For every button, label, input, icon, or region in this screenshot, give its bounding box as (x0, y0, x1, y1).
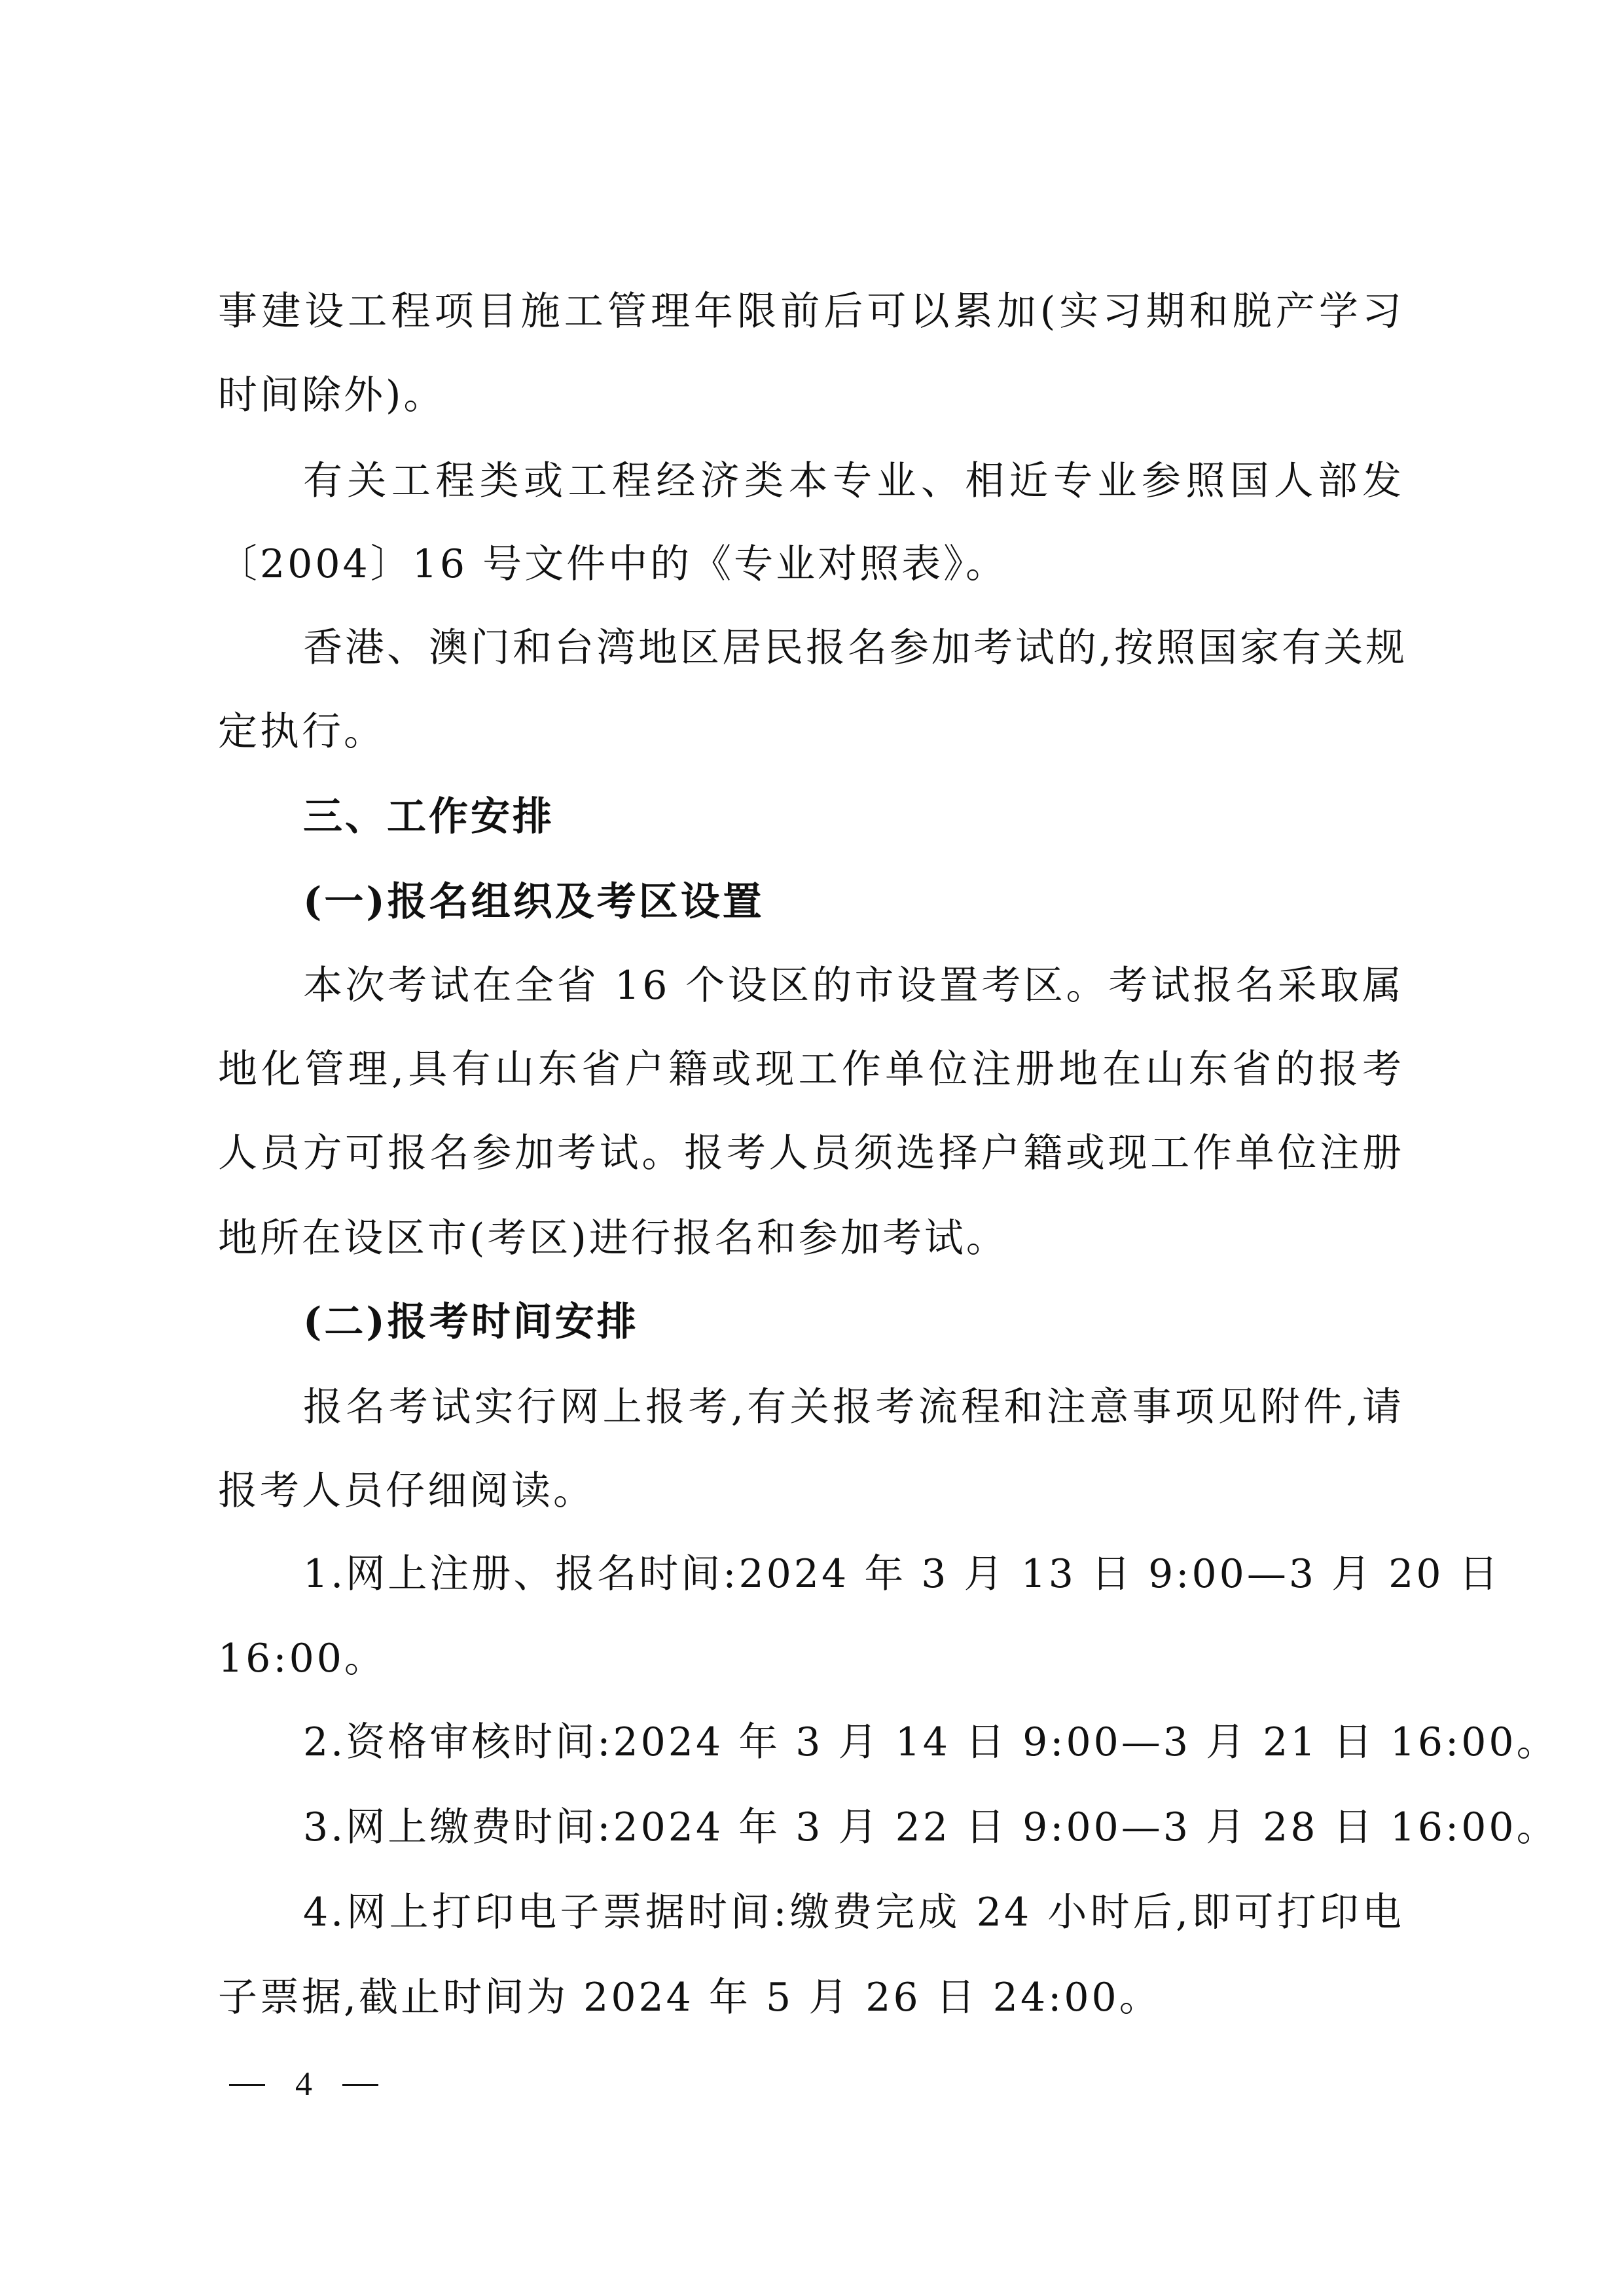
subsection-heading: (二)报考时间安排 (303, 1296, 1404, 1348)
document-page: 事建设工程项目施工管理年限前后可以累加(实习期和脱产学习 时间除外)。 有关工程… (0, 0, 1624, 2296)
page-number-right-dash (342, 2084, 378, 2086)
paragraph-line: 有关工程类或工程经济类本专业、相近专业参照国人部发 (303, 455, 1404, 507)
subsection-heading: (一)报名组织及考区设置 (303, 876, 1404, 928)
paragraph-line: 人员方可报名参加考试。报考人员须选择户籍或现工作单位注册 (218, 1127, 1404, 1179)
schedule-item-continuation: 子票据,截止时间为 2024 年 5 月 26 日 24:00。 (218, 1971, 1404, 2024)
paragraph-line: 本次考试在全省 16 个设区的市设置考区。考试报名采取属 (303, 960, 1404, 1012)
paragraph-line: 〔2004〕16 号文件中的《专业对照表》。 (218, 538, 1404, 590)
page-number-value: 4 (295, 2062, 312, 2108)
paragraph-line: 报考人员仔细阅读。 (218, 1465, 1404, 1517)
paragraph-line: 事建设工程项目施工管理年限前后可以累加(实习期和脱产学习 (218, 285, 1404, 338)
paragraph-line: 地化管理,具有山东省户籍或现工作单位注册地在山东省的报考 (218, 1043, 1404, 1096)
schedule-item: 2.资格审核时间:2024 年 3 月 14 日 9:00—3 月 21 日 1… (303, 1716, 1404, 1768)
page-number: 4 (229, 2062, 378, 2108)
page-number-left-dash (229, 2084, 265, 2086)
paragraph-line: 报名考试实行网上报考,有关报考流程和注意事项见附件,请 (303, 1381, 1404, 1433)
paragraph-line: 时间除外)。 (218, 369, 1404, 422)
paragraph-line: 定执行。 (218, 706, 1404, 758)
schedule-item: 4.网上打印电子票据时间:缴费完成 24 小时后,即可打印电 (303, 1886, 1404, 1939)
schedule-item-continuation: 16:00。 (218, 1632, 1404, 1685)
paragraph-line: 地所在设区市(考区)进行报名和参加考试。 (218, 1212, 1404, 1265)
paragraph-line: 香港、澳门和台湾地区居民报名参加考试的,按照国家有关规 (303, 622, 1404, 674)
schedule-item: 3.网上缴费时间:2024 年 3 月 22 日 9:00—3 月 28 日 1… (303, 1801, 1404, 1854)
section-heading: 三、工作安排 (303, 791, 1404, 843)
schedule-item: 1.网上注册、报名时间:2024 年 3 月 13 日 9:00—3 月 20 … (303, 1548, 1404, 1600)
